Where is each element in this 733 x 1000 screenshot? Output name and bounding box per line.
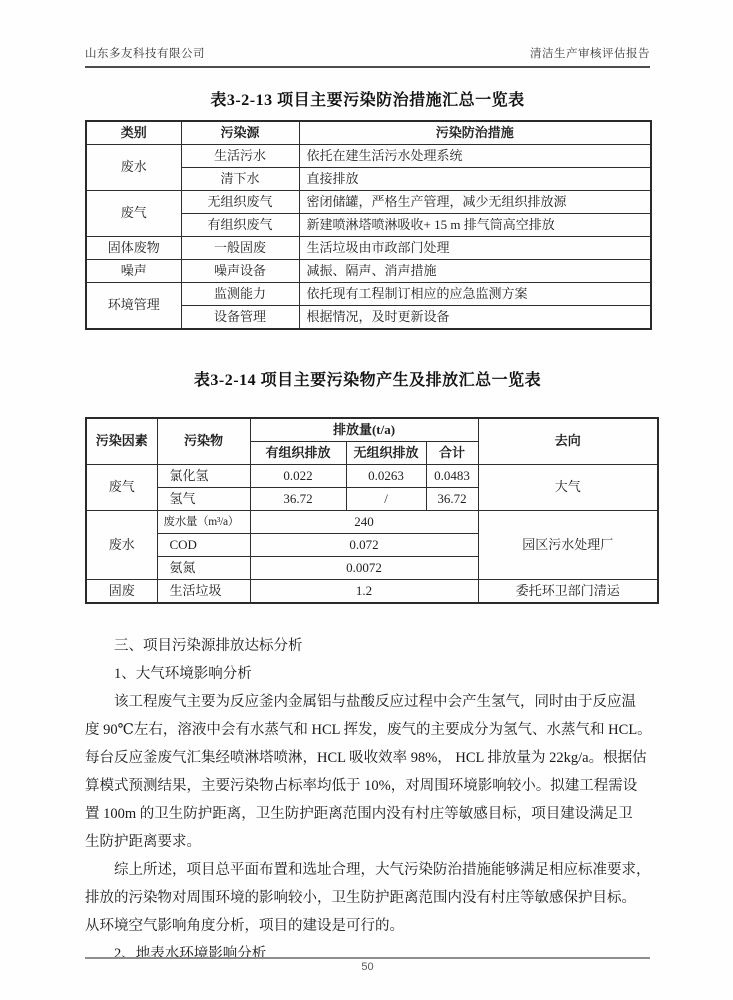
cell-pollutant: 生活垃圾 [157,580,250,604]
table-row: 环境管理 监测能力 依托现有工程制订相应的应急监测方案 [86,283,651,306]
cell-unorganized: 0.0263 [346,465,426,488]
cell-value: 240 [250,511,478,534]
col-header-destination: 去向 [478,418,658,465]
cell-measure: 直接排放 [299,168,651,191]
cell-pollutant: 氯化氢 [157,465,250,488]
table-header-row: 污染因素 污染物 排放量(t/a) 去向 [86,418,658,442]
cell-measure: 生活垃圾由市政部门处理 [299,237,651,260]
cell-destination: 委托环卫部门清运 [478,580,658,604]
table-row: 固体废物 一般固废 生活垃圾由市政部门处理 [86,237,651,260]
table-row: 废气 无组织废气 密闭储罐，严格生产管理，减少无组织排放源 [86,191,651,214]
table-row: 废气 氯化氢 0.022 0.0263 0.0483 大气 [86,465,658,488]
cell-measure: 减振、隔声、消声措施 [299,260,651,283]
paragraph-line: 算模式预测结果，主要污染物占标率均低于 10%，对周围环境影响较小。拟建工程需设 [85,772,650,800]
cell-measure: 依托现有工程制订相应的应急监测方案 [299,283,651,306]
cell-source: 一般固废 [181,237,299,260]
section-heading: 三、项目污染源排放达标分析 [85,632,650,660]
page-content: 山东多友科技有限公司 清洁生产审核评估报告 表3-2-13 项目主要污染防治措施… [0,45,733,968]
cell-source: 清下水 [181,168,299,191]
col-header-pollutant: 污染物 [157,418,250,465]
paragraph-line: 生防护距离要求。 [85,828,650,856]
cell-category: 噪声 [86,260,181,283]
cell-value: 0.0072 [250,557,478,580]
cell-total: 36.72 [426,488,478,511]
subsection-heading: 1、大气环境影响分析 [85,660,650,688]
header-report-title: 清洁生产审核评估报告 [530,45,650,61]
col-header-factor: 污染因素 [86,418,157,465]
pollutant-emission-summary-table: 污染因素 污染物 排放量(t/a) 去向 有组织排放 无组织排放 合计 废气 氯… [85,417,659,604]
cell-value: 1.2 [250,580,478,604]
cell-source: 监测能力 [181,283,299,306]
cell-measure: 密闭储罐，严格生产管理，减少无组织排放源 [299,191,651,214]
paragraph-line: 每台反应釜废气汇集经喷淋塔喷淋，HCL 吸收效率 98%， HCL 排放量为 2… [85,744,650,772]
cell-pollutant: 废水量（m³/a） [157,511,250,534]
cell-category: 固体废物 [86,237,181,260]
table-row: 废水 废水量（m³/a） 240 园区污水处理厂 [86,511,658,534]
cell-destination: 园区污水处理厂 [478,511,658,580]
body-text: 三、项目污染源排放达标分析 1、大气环境影响分析 该工程废气主要为反应釜内金属铝… [85,632,650,968]
col-header-unorganized: 无组织排放 [346,442,426,465]
header-company-name: 山东多友科技有限公司 [85,45,205,61]
report-page: { "header": { "left": "山东多友科技有限公司", "rig… [0,0,733,1000]
cell-pollutant: 氢气 [157,488,250,511]
cell-category: 废气 [86,191,181,237]
cell-organized: 36.72 [250,488,346,511]
table-row: 噪声 噪声设备 减振、隔声、消声措施 [86,260,651,283]
col-header-total: 合计 [426,442,478,465]
cell-total: 0.0483 [426,465,478,488]
table-row: 固废 生活垃圾 1.2 委托环卫部门清运 [86,580,658,604]
cell-factor: 废水 [86,511,157,580]
cell-factor: 废气 [86,465,157,511]
cell-measure: 依托在建生活污水处理系统 [299,145,651,168]
cell-pollutant: 氨氮 [157,557,250,580]
cell-source: 无组织废气 [181,191,299,214]
paragraph-line: 综上所述，项目总平面布置和选址合理，大气污染防治措施能够满足相应标准要求， [85,856,650,884]
cell-source: 有组织废气 [181,214,299,237]
cell-source: 生活污水 [181,145,299,168]
page-footer: 50 [85,957,650,973]
paragraph-line: 排放的污染物对周围环境的影响较小，卫生防护距离范围内没有村庄等敏感保护目标。 [85,884,650,912]
cell-destination: 大气 [478,465,658,511]
col-header-category: 类别 [86,121,181,145]
cell-measure: 根据情况，及时更新设备 [299,306,651,330]
table-row: 废水 生活污水 依托在建生活污水处理系统 [86,145,651,168]
page-header: 山东多友科技有限公司 清洁生产审核评估报告 [85,45,650,68]
cell-category: 环境管理 [86,283,181,330]
col-header-organized: 有组织排放 [250,442,346,465]
paragraph-line: 从环境空气影响角度分析，项目的建设是可行的。 [85,912,650,940]
col-header-measure: 污染防治措施 [299,121,651,145]
cell-value: 0.072 [250,534,478,557]
paragraph-line: 度 90℃左右，溶液中会有水蒸气和 HCL 挥发，废气的主要成分为氢气、水蒸气和… [85,716,650,744]
cell-category: 废水 [86,145,181,191]
cell-factor: 固废 [86,580,157,604]
cell-organized: 0.022 [250,465,346,488]
table-header-row: 类别 污染源 污染防治措施 [86,121,651,145]
table1-caption: 表3-2-13 项目主要污染防治措施汇总一览表 [85,87,650,110]
col-header-emission-group: 排放量(t/a) [250,418,478,442]
col-header-source: 污染源 [181,121,299,145]
paragraph-line: 该工程废气主要为反应釜内金属铝与盐酸反应过程中会产生氢气，同时由于反应温 [85,688,650,716]
cell-source: 设备管理 [181,306,299,330]
pollution-control-measures-table: 类别 污染源 污染防治措施 废水 生活污水 依托在建生活污水处理系统 清下水 直… [85,120,652,330]
cell-unorganized: / [346,488,426,511]
cell-source: 噪声设备 [181,260,299,283]
cell-pollutant: COD [157,534,250,557]
page-number: 50 [361,961,373,973]
cell-measure: 新建喷淋塔喷淋吸收+ 15 m 排气筒高空排放 [299,214,651,237]
paragraph-line: 置 100m 的卫生防护距离，卫生防护距离范围内没有村庄等敏感目标，项目建设满足… [85,800,650,828]
table2-caption: 表3-2-14 项目主要污染物产生及排放汇总一览表 [85,367,650,390]
